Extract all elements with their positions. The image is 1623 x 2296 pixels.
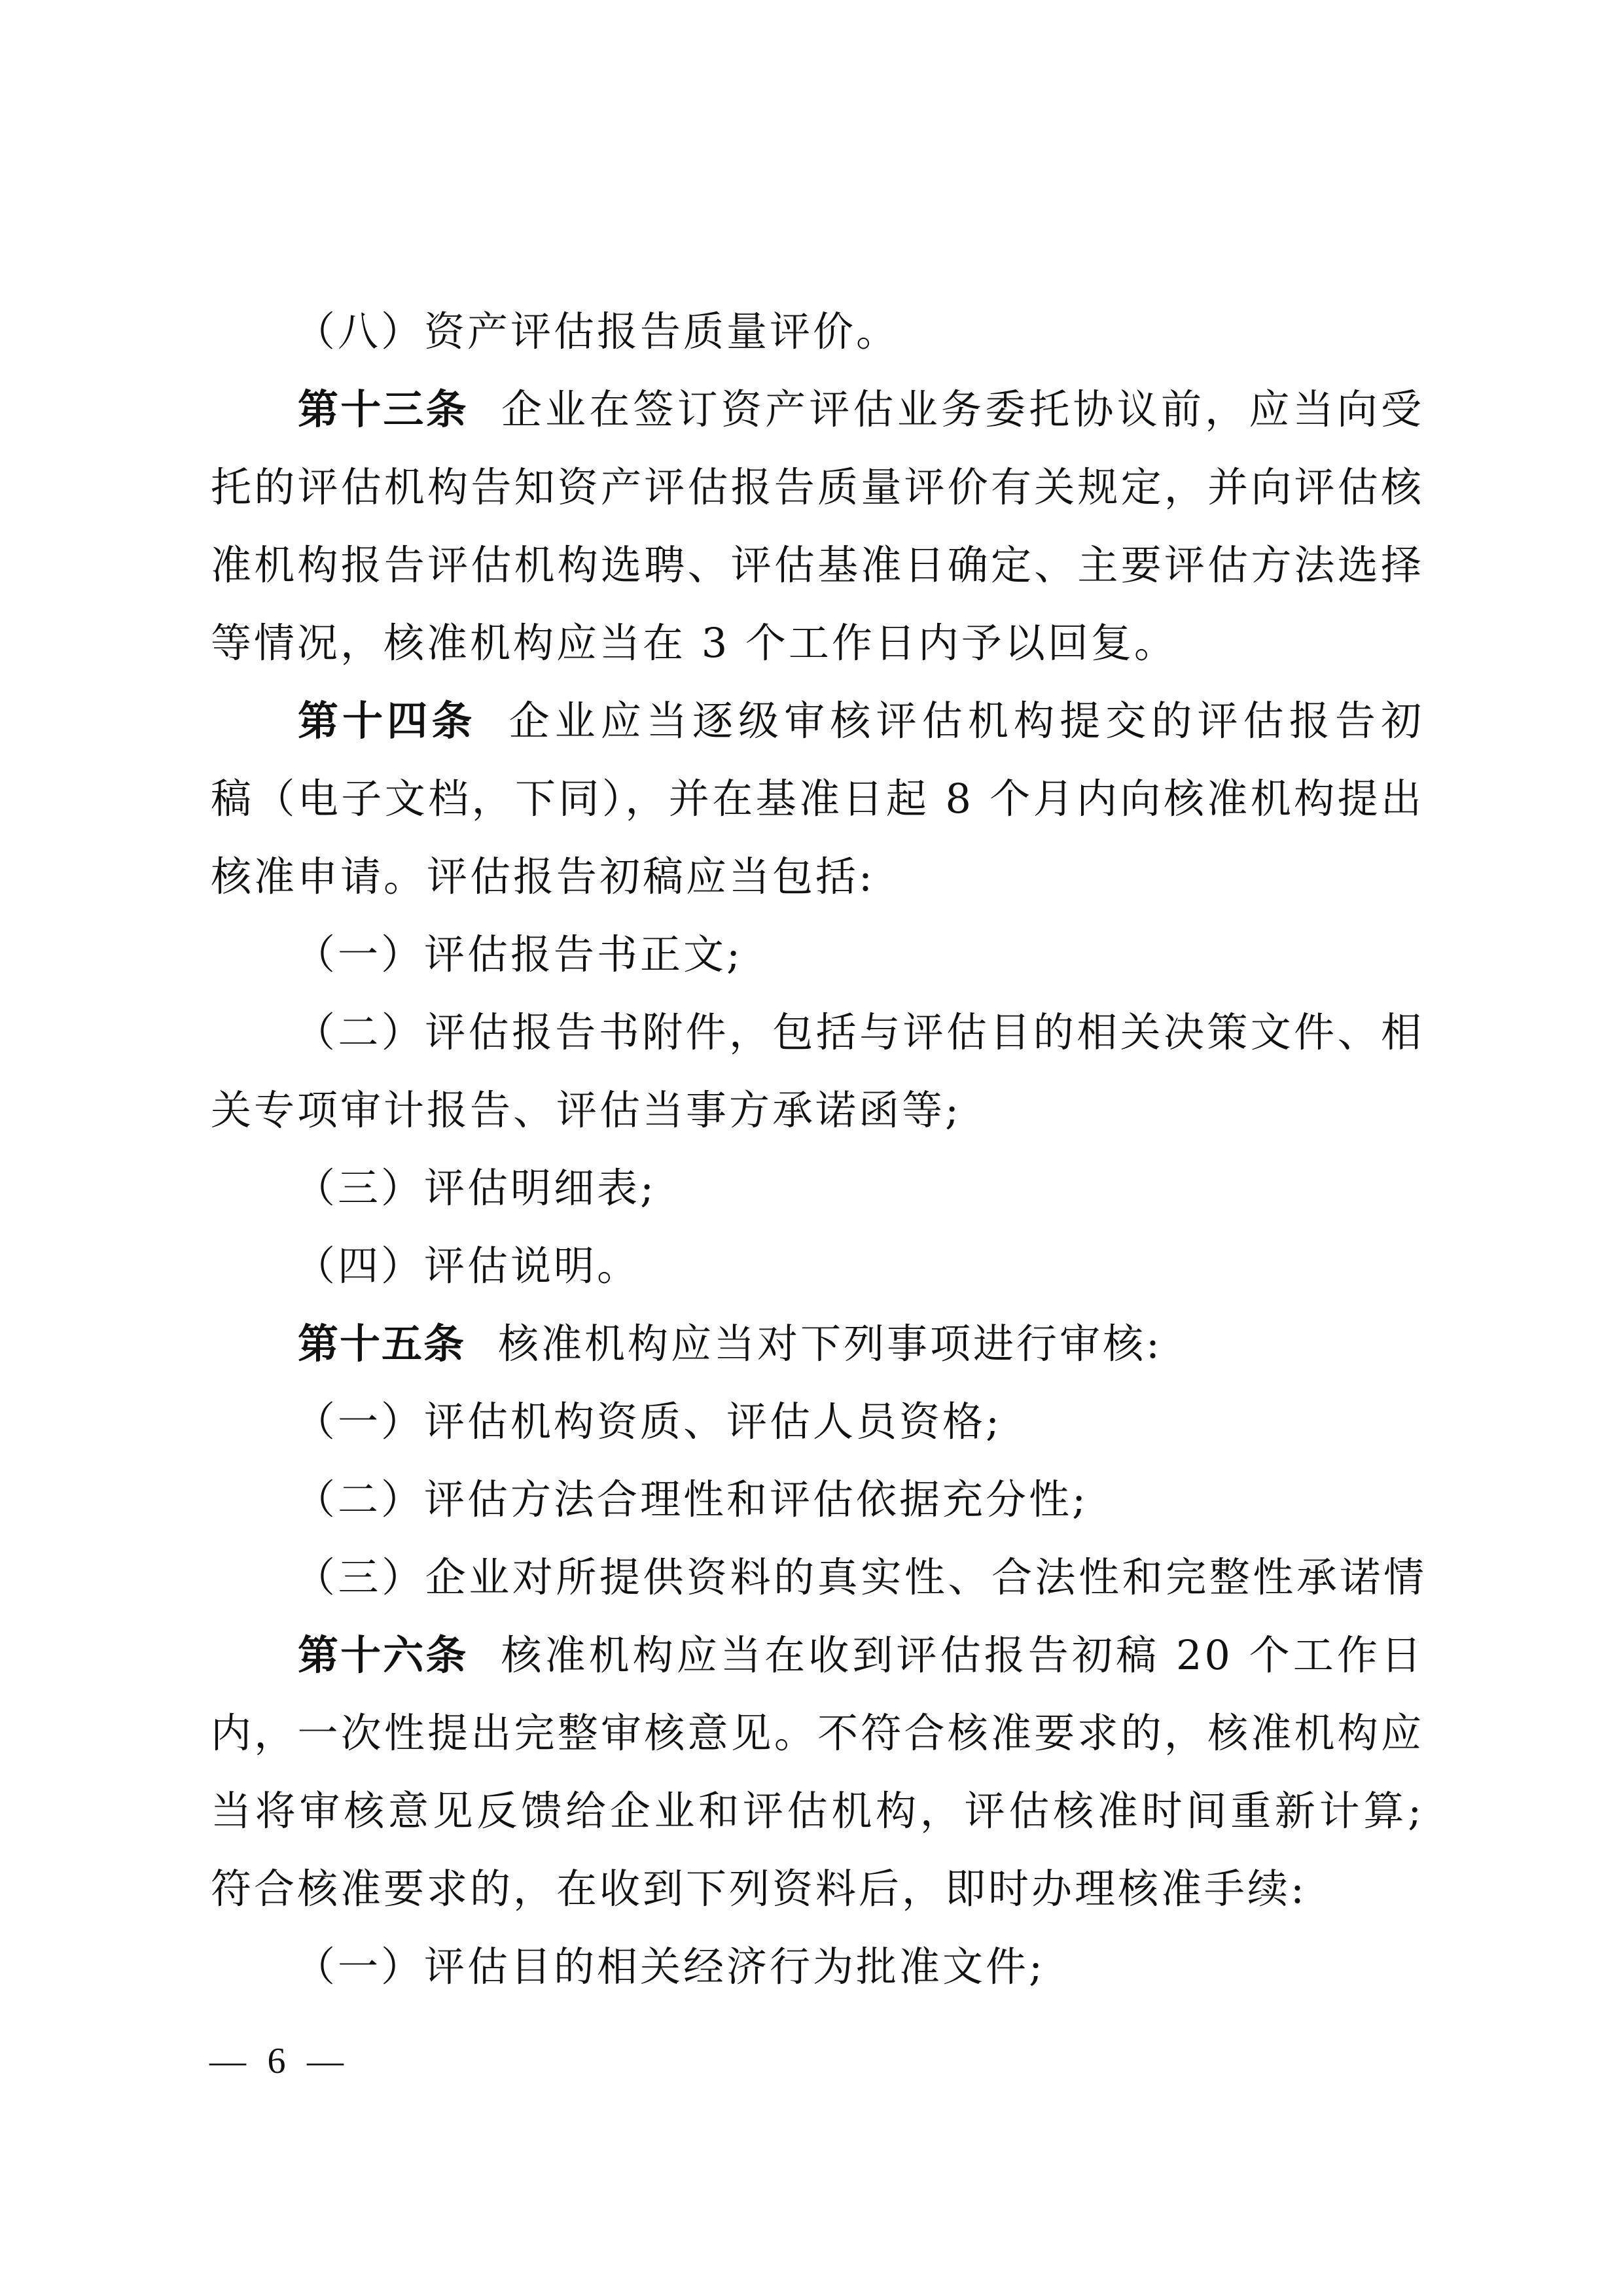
line-text: 关专项审计报告、评估当事方承诺函等; bbox=[211, 1086, 961, 1134]
paragraph-line: 当将审核意见反馈给企业和评估机构，评估核准时间重新计算; bbox=[211, 1785, 1424, 1837]
line-text: （二）评估方法合理性和评估依据充分性; bbox=[294, 1475, 1088, 1523]
line-text: 企业应当逐级审核评估机构提交的评估报告初 bbox=[509, 697, 1424, 745]
article-heading: 第十四条 bbox=[298, 697, 476, 745]
line-text: 托的评估机构告知资产评估报告质量评价有关规定，并向评估核 bbox=[211, 463, 1424, 511]
paragraph-line: 符合核准要求的，在收到下列资料后，即时办理核准手续: bbox=[211, 1863, 1307, 1915]
list-item: （三）评估明细表; bbox=[294, 1162, 656, 1214]
paragraph-line: 托的评估机构告知资产评估报告质量评价有关规定，并向评估核 bbox=[211, 461, 1424, 514]
list-item: （四）评估说明。 bbox=[294, 1240, 640, 1292]
line-text: 核准机构应当在收到评估报告初稿 20 个工作日 bbox=[501, 1631, 1424, 1679]
line-text: （八）资产评估报告质量评价。 bbox=[294, 308, 899, 355]
line-text: （三）企业对所提供资料的真实性、合法性和完整性承诺情况。 bbox=[294, 1553, 1424, 1604]
line-text: （三）评估明细表; bbox=[294, 1164, 656, 1212]
line-text: （二）评估报告书附件，包括与评估目的相关决策文件、相 bbox=[294, 1008, 1424, 1056]
list-item: （三）企业对所提供资料的真实性、合法性和完整性承诺情况。 bbox=[294, 1551, 1424, 1604]
paragraph-line: （八）资产评估报告质量评价。 bbox=[294, 306, 899, 358]
line-text: 稿（电子文档，下同），并在基准日起 8 个月内向核准机构提出 bbox=[211, 775, 1424, 822]
line-text: （一）评估报告书正文; bbox=[294, 930, 743, 978]
line-text: 等情况，核准机构应当在 3 个工作日内予以回复。 bbox=[211, 619, 1177, 667]
list-item: （二）评估方法合理性和评估依据充分性; bbox=[294, 1474, 1088, 1526]
line-text: 符合核准要求的，在收到下列资料后，即时办理核准手续: bbox=[211, 1865, 1307, 1913]
line-text: 企业在签订资产评估业务委托协议前，应当向受 bbox=[501, 385, 1424, 433]
line-text: 核准机构应当对下列事项进行审核: bbox=[498, 1320, 1162, 1368]
page-number: — 6 — bbox=[209, 2038, 344, 2084]
paragraph-line: 准机构报告评估机构选聘、评估基准日确定、主要评估方法选择 bbox=[211, 539, 1424, 592]
line-text: 准机构报告评估机构选聘、评估基准日确定、主要评估方法选择 bbox=[211, 541, 1424, 589]
article-15-line: 第十五条核准机构应当对下列事项进行审核: bbox=[298, 1318, 1162, 1370]
article-heading: 第十六条 bbox=[298, 1631, 468, 1679]
list-item: （二）评估报告书附件，包括与评估目的相关决策文件、相 bbox=[294, 1006, 1424, 1059]
paragraph-line: 稿（电子文档，下同），并在基准日起 8 个月内向核准机构提出 bbox=[211, 773, 1424, 825]
article-13-line: 第十三条企业在签订资产评估业务委托协议前，应当向受 bbox=[298, 383, 1424, 436]
list-item: （一）评估目的相关经济行为批准文件; bbox=[294, 1941, 1045, 1993]
line-text: 当将审核意见反馈给企业和评估机构，评估核准时间重新计算; bbox=[211, 1787, 1424, 1835]
paragraph-line: 内，一次性提出完整审核意见。不符合核准要求的，核准机构应 bbox=[211, 1707, 1424, 1759]
line-text: 核准申请。评估报告初稿应当包括: bbox=[211, 853, 875, 900]
line-text: （一）评估目的相关经济行为批准文件; bbox=[294, 1943, 1045, 1990]
paragraph-line: 关专项审计报告、评估当事方承诺函等; bbox=[211, 1084, 961, 1137]
list-item: （一）评估报告书正文; bbox=[294, 928, 743, 981]
list-item: （一）评估机构资质、评估人员资格; bbox=[294, 1396, 1002, 1448]
article-heading: 第十五条 bbox=[298, 1320, 465, 1368]
paragraph-line: 核准申请。评估报告初稿应当包括: bbox=[211, 851, 875, 903]
article-14-line: 第十四条企业应当逐级审核评估机构提交的评估报告初 bbox=[298, 695, 1424, 747]
article-16-line: 第十六条核准机构应当在收到评估报告初稿 20 个工作日 bbox=[298, 1629, 1424, 1682]
paragraph-line: 等情况，核准机构应当在 3 个工作日内予以回复。 bbox=[211, 617, 1177, 669]
line-text: （一）评估机构资质、评估人员资格; bbox=[294, 1398, 1002, 1445]
line-text: （四）评估说明。 bbox=[294, 1242, 640, 1290]
document-page: （八）资产评估报告质量评价。 第十三条企业在签订资产评估业务委托协议前，应当向受… bbox=[0, 0, 1623, 2296]
line-text: 内，一次性提出完整审核意见。不符合核准要求的，核准机构应 bbox=[211, 1709, 1424, 1757]
article-heading: 第十三条 bbox=[298, 385, 469, 433]
